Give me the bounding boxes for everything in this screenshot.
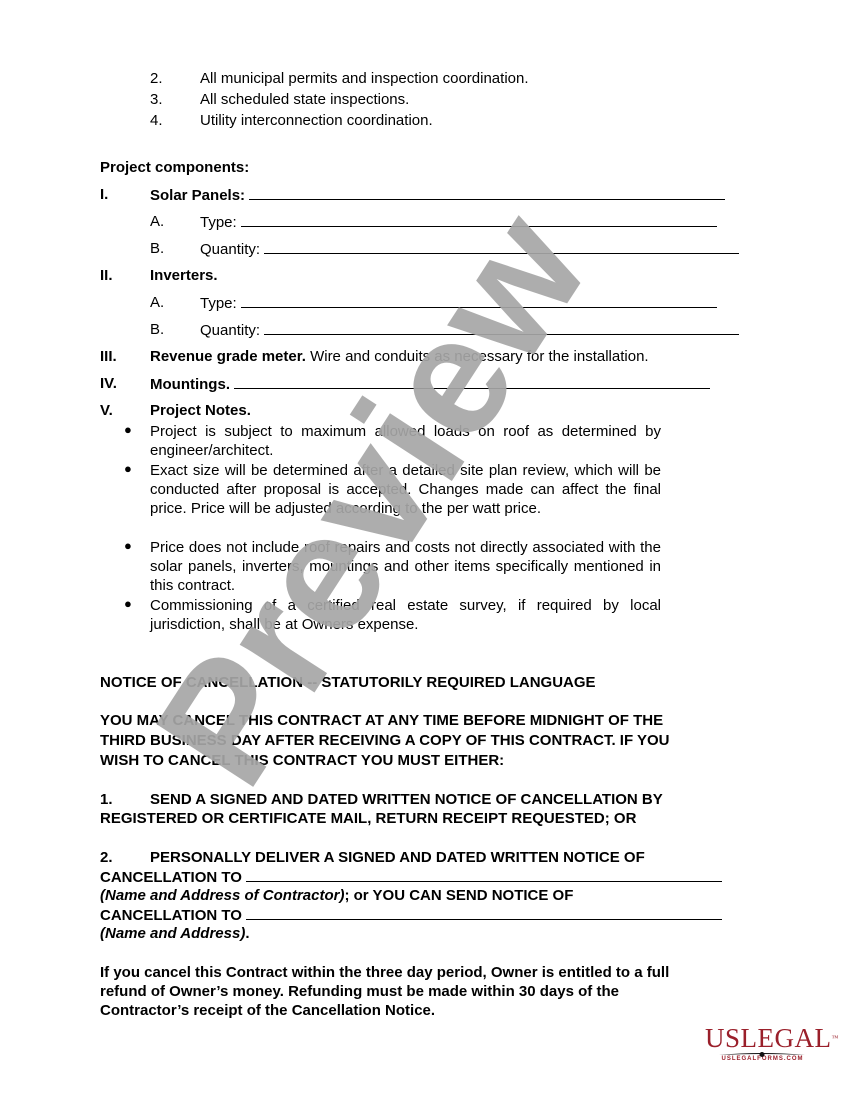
option-text: SEND A SIGNED AND DATED WRITTEN NOTICE O…: [150, 790, 663, 809]
trademark: ™: [832, 1034, 839, 1042]
name-address-field: CANCELLATION TO: [100, 905, 722, 925]
field-label: Solar Panels:: [150, 187, 245, 204]
roman-numeral: IV.: [100, 374, 117, 393]
item-text: Utility interconnection coordination.: [200, 111, 433, 130]
sub-letter: B.: [150, 239, 164, 258]
inverter-type-field: Type:: [200, 293, 717, 313]
sub-letter: A.: [150, 293, 164, 312]
field-label: CANCELLATION TO: [100, 907, 242, 924]
bullet-icon: ●: [124, 538, 132, 553]
note-text: Exact size will be determined after a de…: [150, 461, 661, 518]
inverter-type-blank[interactable]: [241, 293, 717, 308]
name-address-blank[interactable]: [246, 905, 722, 920]
field-label: Type:: [200, 295, 237, 312]
roman-numeral: V.: [100, 401, 113, 420]
mountings-blank[interactable]: [234, 374, 710, 389]
uslegal-logo[interactable]: USLEGAL™ USLEGALFORMS.COM: [705, 1024, 820, 1069]
period: .: [245, 925, 249, 942]
contractor-address-field: CANCELLATION TO: [100, 867, 722, 887]
or-send-text: ; or YOU CAN SEND NOTICE OF: [344, 887, 573, 904]
eagle-icon: [719, 1052, 805, 1058]
document-page: 2. All municipal permits and inspection …: [0, 0, 850, 1100]
roman-numeral: I.: [100, 185, 108, 204]
cancellation-intro: WISH TO CANCEL THIS CONTRACT YOU MUST EI…: [100, 751, 504, 770]
panel-type-field: Type:: [200, 212, 717, 232]
solar-panels-blank[interactable]: [249, 185, 725, 200]
option-text: (Name and Address of Contractor); or YOU…: [100, 886, 573, 905]
option-text: REGISTERED OR CERTIFICATE MAIL, RETURN R…: [100, 809, 636, 828]
option-number: 1.: [100, 790, 113, 809]
cancellation-heading: NOTICE OF CANCELLATION -- STATUTORILY RE…: [100, 673, 596, 692]
panel-type-blank[interactable]: [241, 212, 717, 227]
panel-quantity-field: Quantity:: [200, 239, 739, 259]
revenue-meter-item: Revenue grade meter. Wire and conduits a…: [150, 347, 649, 366]
refund-text: If you cancel this Contract within the t…: [100, 963, 669, 982]
option-text: PERSONALLY DELIVER A SIGNED AND DATED WR…: [150, 848, 645, 867]
note-text: Commissioning of a certified real estate…: [150, 596, 661, 634]
field-label: Inverters.: [150, 266, 218, 285]
mountings-field: Mountings.: [150, 374, 710, 394]
solar-panels-field: Solar Panels:: [150, 185, 725, 205]
item-number: 3.: [150, 90, 163, 109]
bullet-icon: ●: [124, 461, 132, 476]
note-text: Price does not include roof repairs and …: [150, 538, 661, 595]
item-text: All municipal permits and inspection coo…: [200, 69, 529, 88]
sub-letter: A.: [150, 212, 164, 231]
section-heading: Project components:: [100, 158, 249, 177]
item-number: 2.: [150, 69, 163, 88]
logo-brand: USLEGAL: [705, 1023, 832, 1053]
option-number: 2.: [100, 848, 113, 867]
inverter-quantity-field: Quantity:: [200, 320, 739, 340]
field-label: Project Notes.: [150, 401, 251, 420]
contractor-label: (Name and Address of Contractor): [100, 887, 344, 904]
cancellation-intro: THIRD BUSINESS DAY AFTER RECEIVING A COP…: [100, 731, 670, 750]
field-label: Type:: [200, 214, 237, 231]
refund-text: Contractor’s receipt of the Cancellation…: [100, 1001, 435, 1020]
note-text: Project is subject to maximum allowed lo…: [150, 422, 661, 460]
field-label: CANCELLATION TO: [100, 869, 242, 886]
panel-quantity-blank[interactable]: [264, 239, 739, 254]
item-text: All scheduled state inspections.: [200, 90, 409, 109]
inverter-quantity-blank[interactable]: [264, 320, 739, 335]
contractor-address-blank[interactable]: [246, 867, 722, 882]
roman-numeral: III.: [100, 347, 117, 366]
field-label: Revenue grade meter.: [150, 348, 306, 365]
field-label: Quantity:: [200, 322, 260, 339]
field-label: Mountings.: [150, 376, 230, 393]
roman-numeral: II.: [100, 266, 113, 285]
option-text: (Name and Address).: [100, 924, 249, 943]
sub-letter: B.: [150, 320, 164, 339]
bullet-icon: ●: [124, 422, 132, 437]
item-number: 4.: [150, 111, 163, 130]
item-text: Wire and conduits as necessary for the i…: [306, 348, 649, 365]
cancellation-intro: YOU MAY CANCEL THIS CONTRACT AT ANY TIME…: [100, 711, 663, 730]
refund-text: refund of Owner’s money. Refunding must …: [100, 982, 619, 1001]
field-label: Quantity:: [200, 241, 260, 258]
bullet-icon: ●: [124, 596, 132, 611]
name-address-label: (Name and Address): [100, 925, 245, 942]
